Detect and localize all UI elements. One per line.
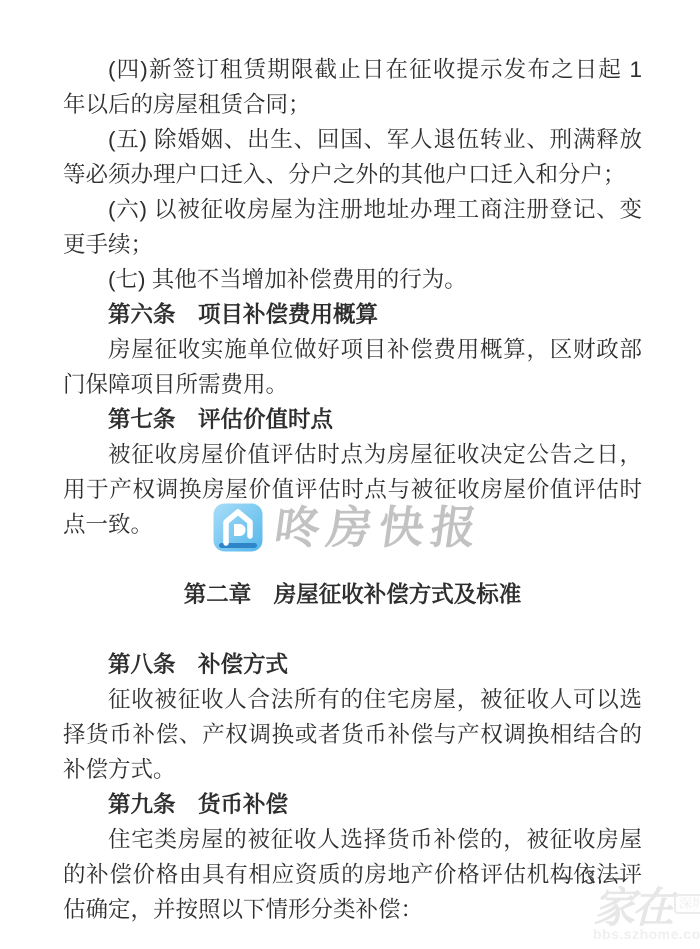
paragraph-item-6: (六) 以被征收房屋为注册地址办理工商注册登记、变更手续； — [63, 192, 642, 262]
page-number: — 3 — — [554, 868, 628, 890]
article-6-body: 房屋征收实施单位做好项目补偿费用概算，区财政部门保障项目所需费用。 — [63, 332, 642, 402]
paragraph-item-4: (四)新签订租赁期限截止日在征收提示发布之日起 1 年以后的房屋租赁合同； — [63, 52, 642, 122]
article-9-heading: 第九条 货币补偿 — [63, 787, 642, 822]
document-body: (四)新签订租赁期限截止日在征收提示发布之日起 1 年以后的房屋租赁合同； (五… — [63, 52, 642, 927]
article-6-heading: 第六条 项目补偿费用概算 — [63, 297, 642, 332]
article-8-body: 征收被征收人合法所有的住宅房屋，被征收人可以选择货币补偿、产权调换或者货币补偿与… — [63, 682, 642, 787]
corner-watermark-url: bbs.szhome.com — [593, 926, 700, 942]
paragraph-item-7: (七) 其他不当增加补偿费用的行为。 — [63, 262, 642, 297]
article-8-heading: 第八条 补偿方式 — [63, 647, 642, 682]
paragraph-item-5: (五) 除婚姻、出生、回国、军人退伍转业、刑满释放等必须办理户口迁入、分户之外的… — [63, 122, 642, 192]
article-7-heading: 第七条 评估价值时点 — [63, 402, 642, 437]
corner-watermark-badge: 深圳 — [674, 894, 700, 914]
chapter-2-heading: 第二章 房屋征收补偿方式及标准 — [63, 577, 642, 612]
article-7-body: 被征收房屋价值评估时点为房屋征收决定公告之日，用于产权调换房屋价值评估时点与被征… — [63, 437, 642, 542]
